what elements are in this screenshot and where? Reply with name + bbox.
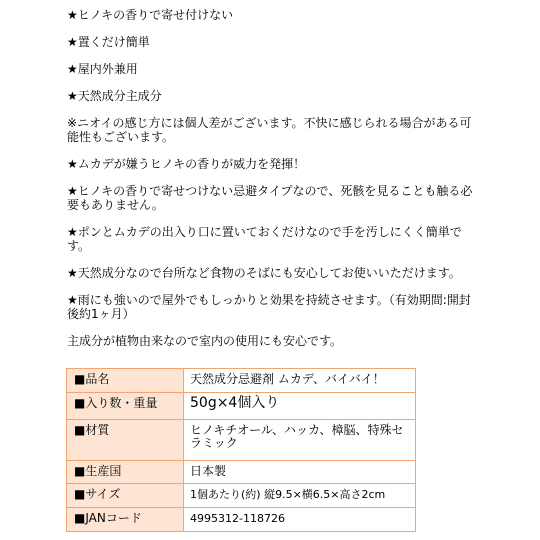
spec-value: 日本製 (184, 461, 416, 484)
feature-line: ★雨にも強いので屋外でもしっかりと効果を持続させます。（有効期間:開封後約1ヶ月… (67, 293, 473, 321)
spec-row-size: ■サイズ 1個あたり(約) 縦9.5×横6.5×高さ2cm (67, 484, 416, 508)
spec-row-quantity-weight: ■入り数・重量 50g×4個入り (67, 393, 416, 420)
feature-line: ★天然成分主成分 (67, 89, 473, 103)
spec-label: ■サイズ (67, 484, 184, 508)
spec-label: ■JANコード (67, 508, 184, 532)
spec-row-origin: ■生産国 日本製 (67, 461, 416, 484)
feature-line: ★ヒノキの香りで寄せつけない忌避タイプなので、死骸を見ることも触る必要もありませ… (67, 184, 473, 212)
feature-line: ★ムカデが嫌うヒノキの香りが威力を発揮！ (67, 157, 473, 171)
spec-row-material: ■材質 ヒノキチオール、ハッカ、樟脳、特殊セラミック (67, 420, 416, 461)
spec-value: ヒノキチオール、ハッカ、樟脳、特殊セラミック (184, 420, 416, 461)
spec-label: ■品名 (67, 369, 184, 393)
feature-line: ★置くだけ簡単 (67, 35, 473, 49)
spec-value: 4995312-118726 (184, 508, 416, 532)
spec-value: 天然成分忌避剤 ムカデ、バイバイ！ (184, 369, 416, 393)
product-description: ★ヒノキの香りで寄せ付けない ★置くだけ簡単 ★屋内外兼用 ★天然成分主成分 ※… (67, 8, 473, 361)
feature-line: ★屋内外兼用 (67, 62, 473, 76)
feature-line: ★ポンとムカデの出入り口に置いておくだけなので手を汚しにくく簡単です。 (67, 225, 473, 253)
feature-line: ★ヒノキの香りで寄せ付けない (67, 8, 473, 22)
spec-label: ■入り数・重量 (67, 393, 184, 420)
spec-table: ■品名 天然成分忌避剤 ムカデ、バイバイ！ ■入り数・重量 50g×4個入り ■… (66, 368, 416, 532)
spec-row-jan-code: ■JANコード 4995312-118726 (67, 508, 416, 532)
spec-value: 1個あたり(約) 縦9.5×横6.5×高さ2cm (184, 484, 416, 508)
notice-text: ※ニオイの感じ方には個人差がございます。不快に感じられる場合がある可能性もござい… (67, 116, 473, 144)
feature-line: ★天然成分なので台所など食物のそばにも安心してお使いいただけます。 (67, 266, 473, 280)
summary-text: 主成分が植物由来なので室内の使用にも安心です。 (67, 334, 473, 348)
spec-row-product-name: ■品名 天然成分忌避剤 ムカデ、バイバイ！ (67, 369, 416, 393)
spec-value: 50g×4個入り (184, 393, 416, 420)
spec-label: ■生産国 (67, 461, 184, 484)
spec-label: ■材質 (67, 420, 184, 461)
